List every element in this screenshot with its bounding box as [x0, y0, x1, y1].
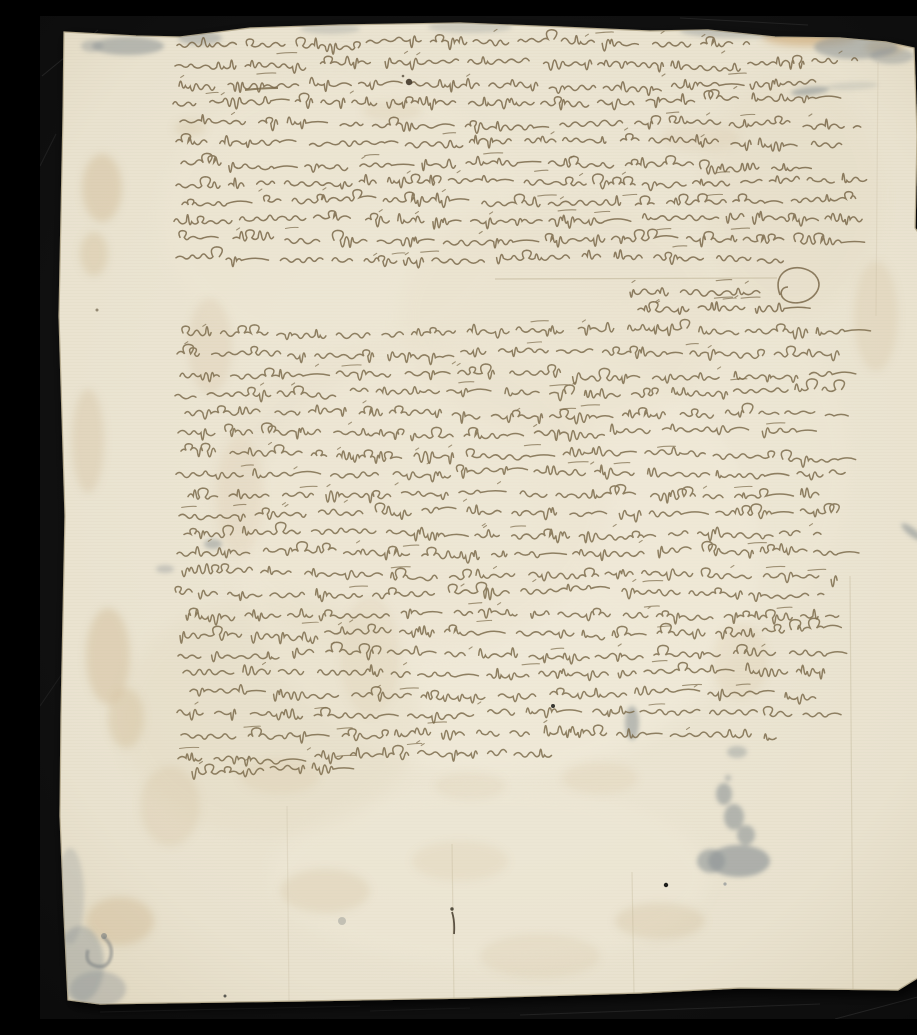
manuscript-photo: photograph of a handwritten manuscript l… [40, 16, 917, 1019]
ink-dot [224, 995, 227, 998]
ink-dot [551, 704, 555, 708]
ink-dot [664, 883, 668, 887]
ink-dot [101, 933, 107, 939]
ink-dot [402, 75, 405, 78]
manuscript-photo-canvas [40, 16, 917, 1019]
ink-dot [450, 907, 453, 910]
ink-dot [96, 309, 99, 312]
ink-dot [338, 917, 346, 925]
ink-dot [406, 79, 412, 85]
ink-dot [723, 882, 726, 885]
